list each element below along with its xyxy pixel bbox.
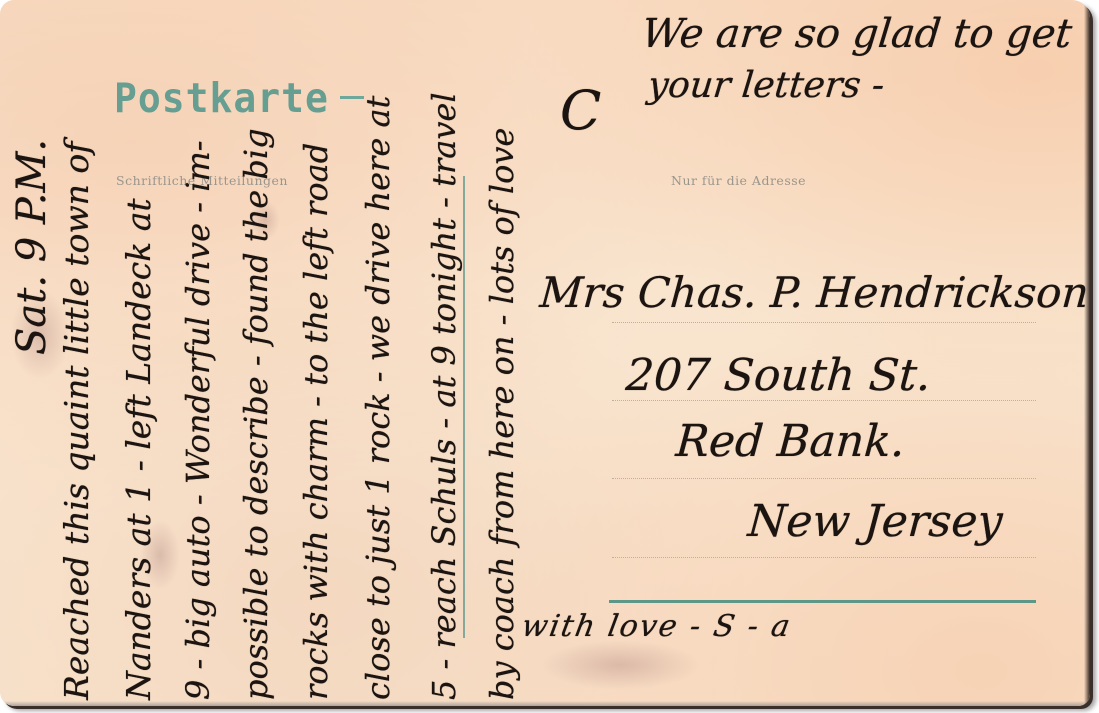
message-column-5: possible to describe - found the big xyxy=(240,128,272,700)
address-section-label: Nur für die Adresse xyxy=(671,173,806,188)
recipient-city: Red Bank. xyxy=(674,420,906,464)
initial-mark: C xyxy=(560,84,601,138)
signature: with love - S - a xyxy=(519,612,794,642)
message-column-4: 9 - big auto - Wonderful drive - im- xyxy=(182,140,214,700)
address-line xyxy=(612,478,1036,479)
message-column-9: by coach from here on - lots of love xyxy=(486,128,518,700)
card-bottom-shadow xyxy=(0,701,1090,706)
recipient-state: New Jersey xyxy=(746,500,1003,544)
message-column-3: Nanders at 1 - left Landeck at xyxy=(122,198,155,700)
card-edge-shadow xyxy=(1084,0,1090,706)
recipient-street: 207 South St. xyxy=(624,354,932,398)
message-column-1: Sat. 9 P.M. xyxy=(12,139,52,355)
postcard: Postkarte Schriftliche Mitteilungen Nur … xyxy=(0,0,1090,706)
address-line xyxy=(612,322,1036,323)
recipient-name: Mrs Chas. P. Hendrickson xyxy=(539,272,1090,314)
message-column-8: 5 - reach Schuls - at 9 tonight - travel xyxy=(428,92,460,700)
ink-smudge xyxy=(540,640,700,690)
message-column-2: Reached this quaint little town of xyxy=(60,142,93,700)
vertical-divider xyxy=(463,176,465,638)
message-column-7: close to just 1 rock - we drive here at xyxy=(362,96,394,700)
message-column-6: rocks with charm - to the left road xyxy=(300,143,332,700)
address-line xyxy=(612,557,1036,558)
address-underline xyxy=(609,600,1036,603)
postkarte-title: Postkarte xyxy=(114,74,329,122)
greeting-line-2: your letters - xyxy=(646,68,886,104)
greeting-line-1: We are so glad to get xyxy=(640,14,1074,54)
